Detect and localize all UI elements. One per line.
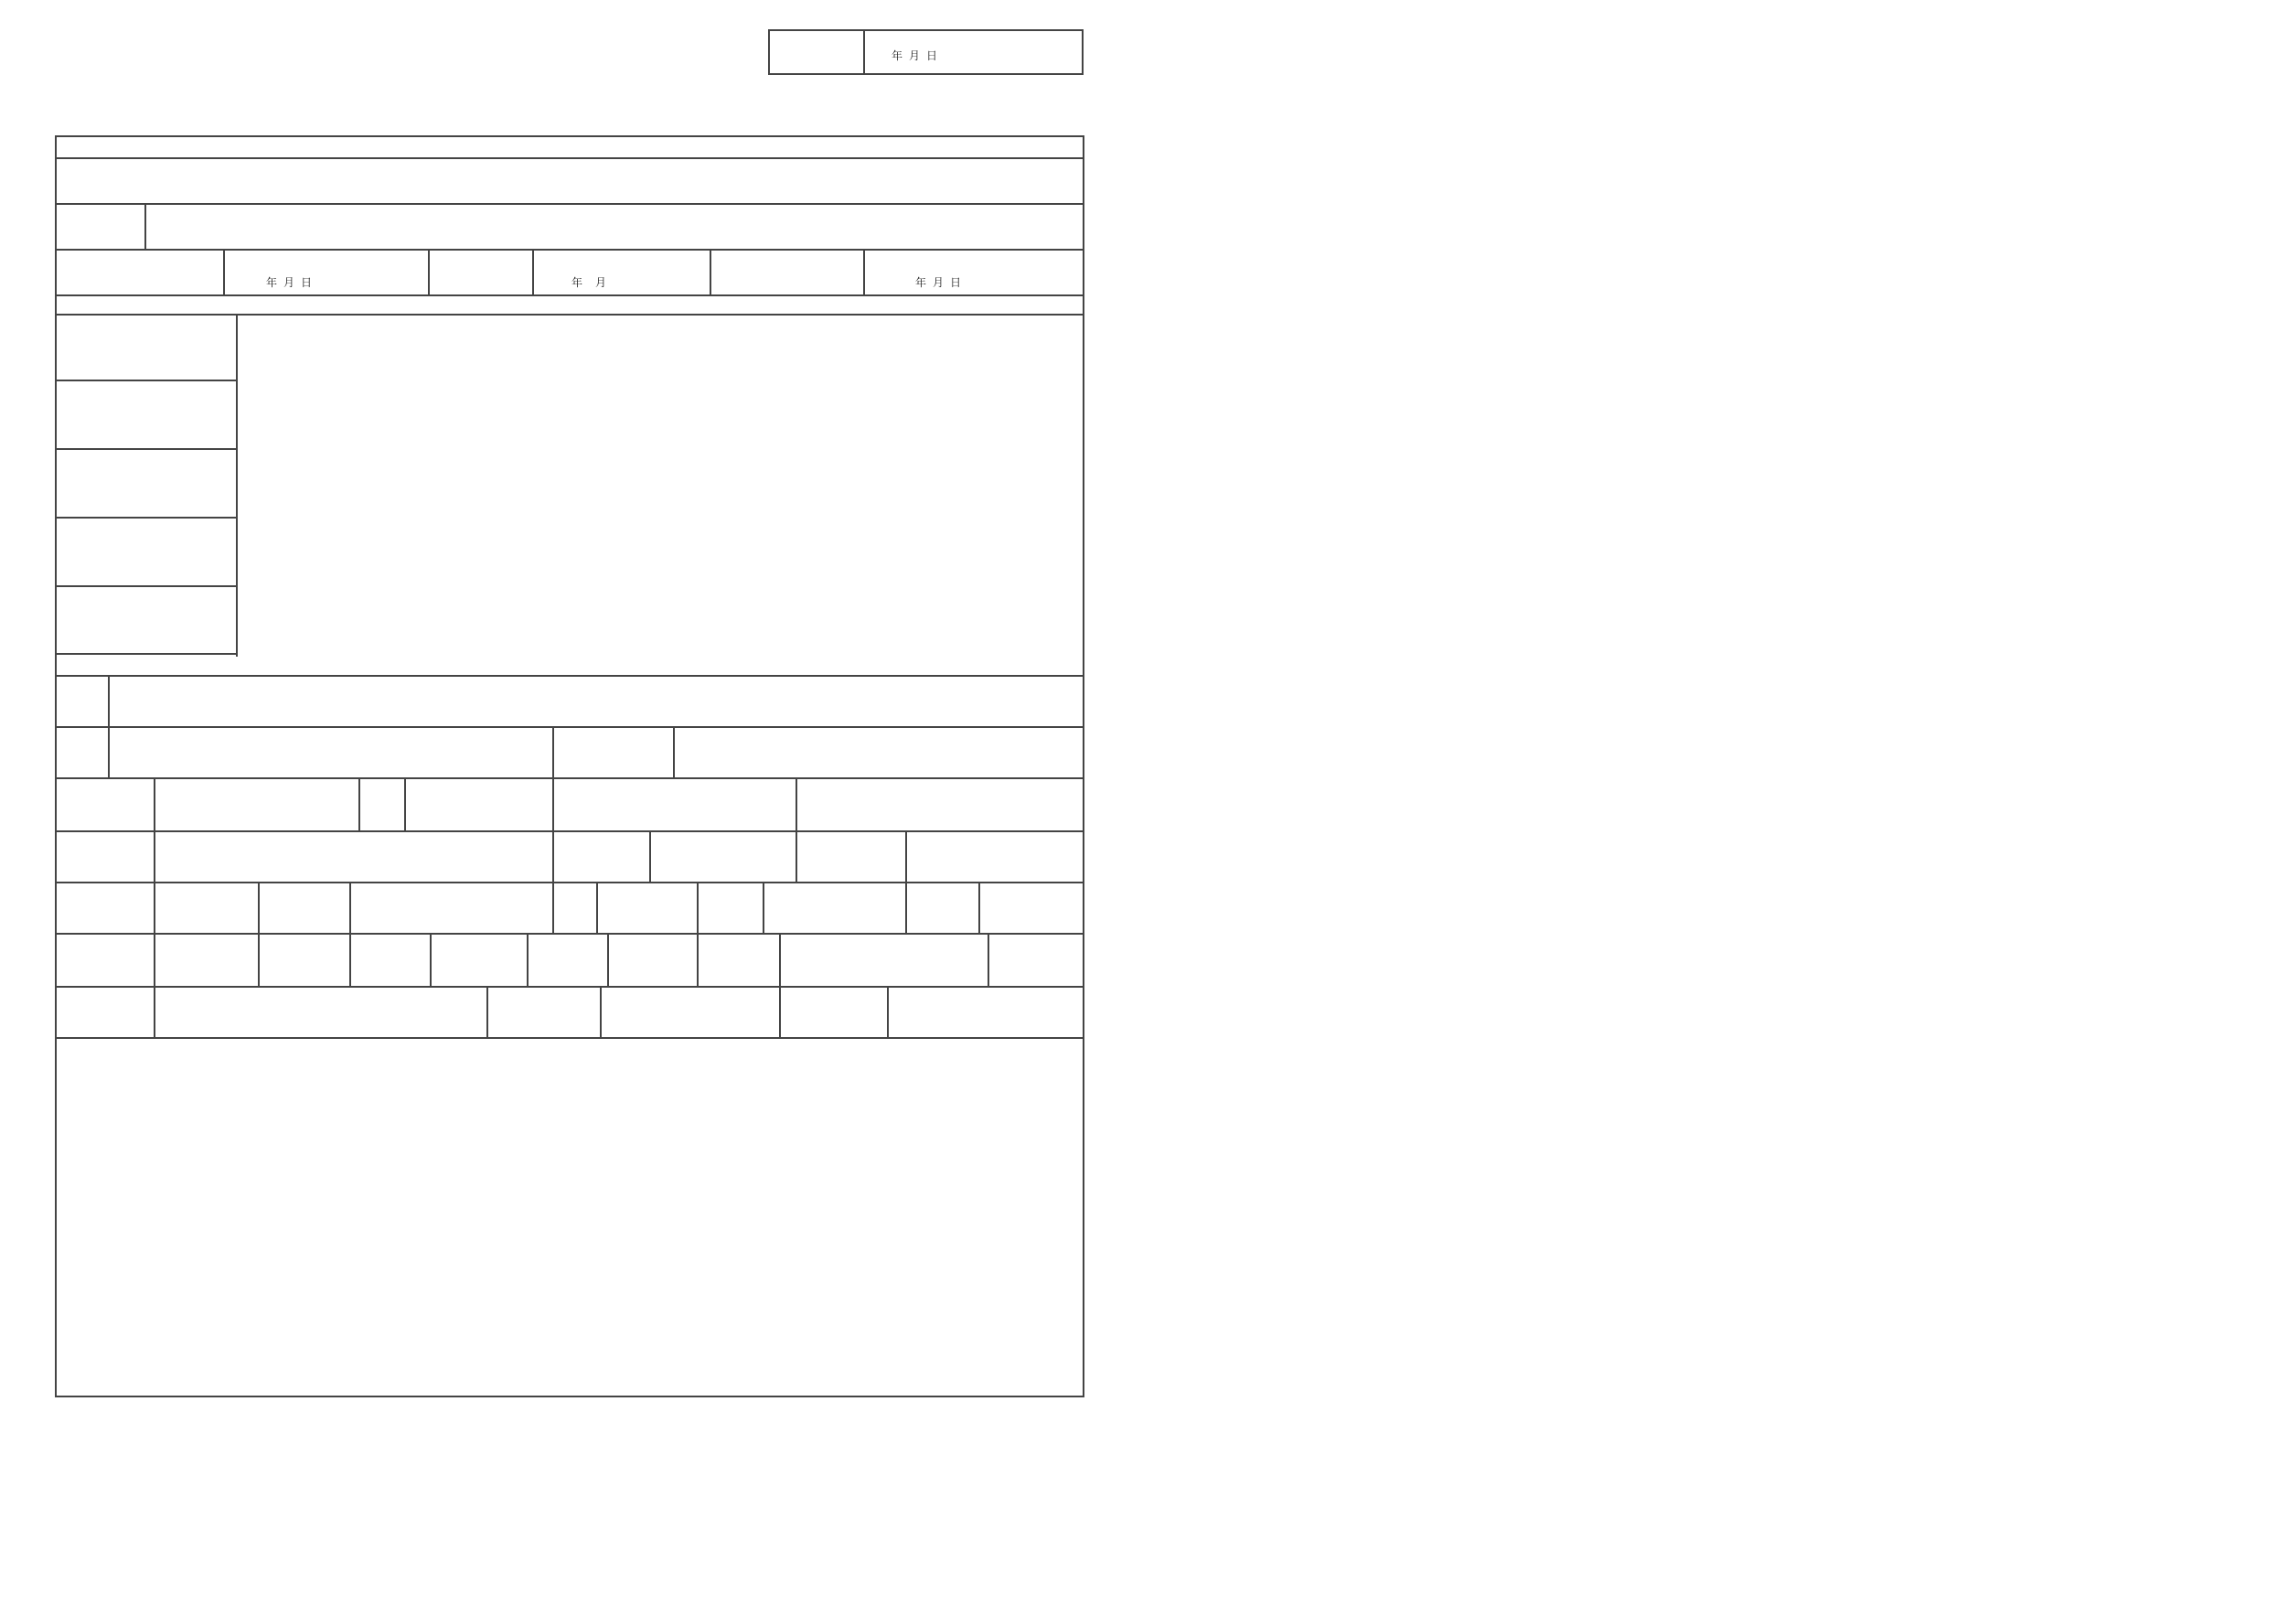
expiry-value: 年 月 日 [896, 269, 961, 292]
vehicle-inspection-record-document: 年 月 日 年 月 日 年 月 年 月 日 [0, 0, 1097, 1605]
reg-date-value: 年 月 日 [247, 269, 312, 292]
record-table [55, 135, 1084, 1397]
first-reg-value: 年 月 [565, 269, 606, 292]
record-date-value: 年 月 日 [872, 42, 937, 65]
record-date-box: 年 月 日 [768, 29, 1084, 75]
